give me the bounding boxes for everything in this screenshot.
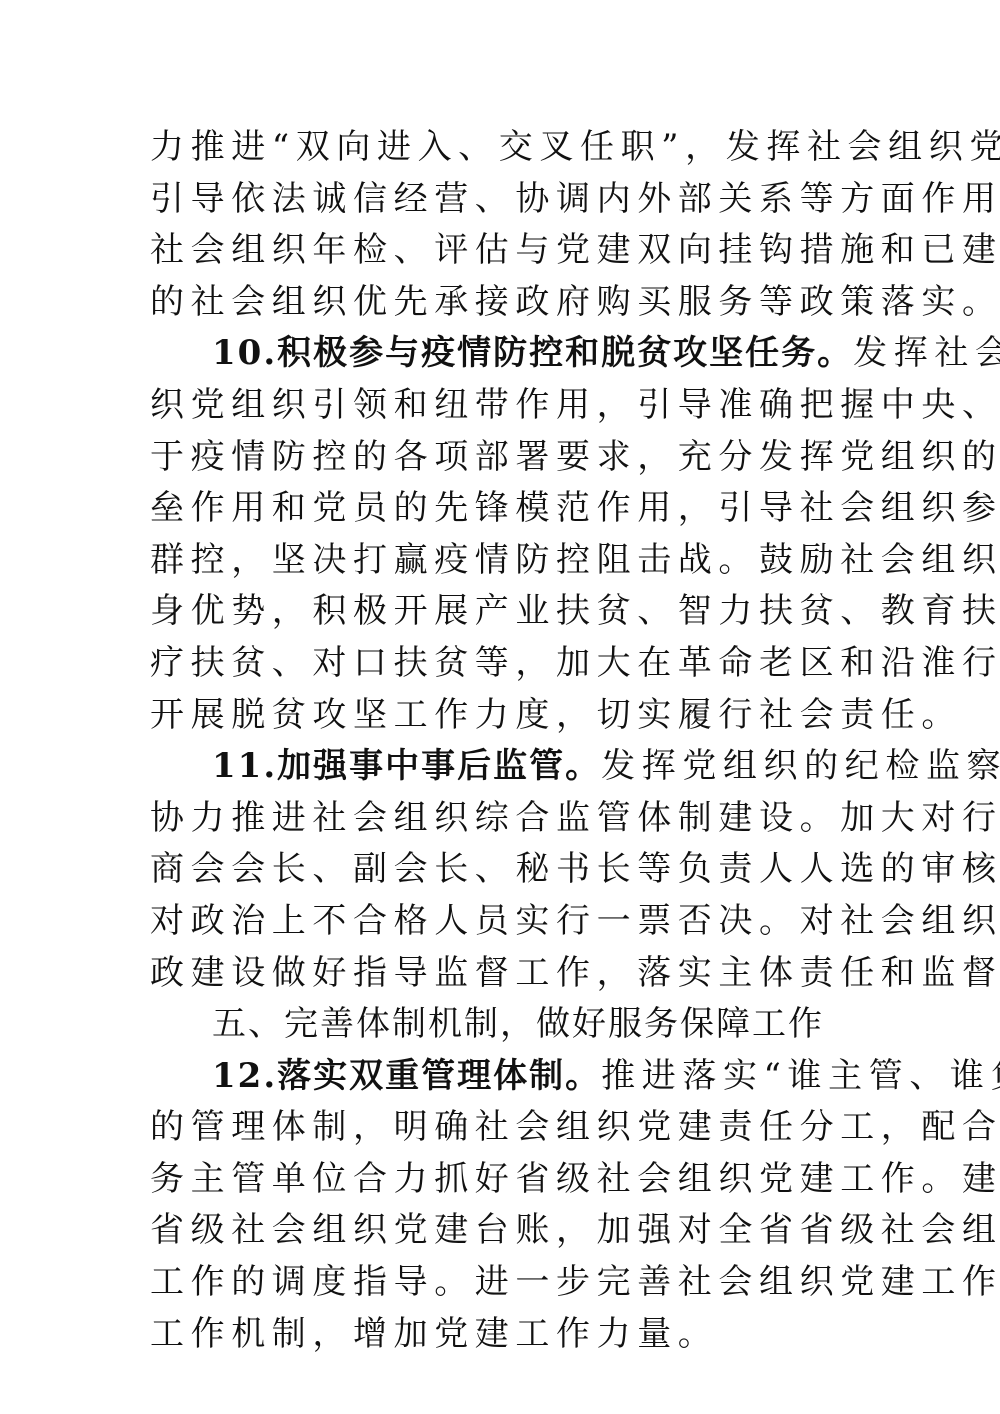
text-line: 疗扶贫、对口扶贫等，加大在革命老区和沿淮行蓄洪区 [150, 638, 870, 690]
text-line: 协力推进社会组织综合监管体制建设。加大对行业协会 [150, 793, 870, 845]
text-line: 政建设做好指导监督工作，落实主体责任和监督责任。 [150, 948, 870, 1000]
text-line: 织党组织引领和纽带作用，引导准确把握中央、省委关 [150, 380, 870, 432]
text-line: 力推进“双向进入、交叉任职”，发挥社会组织党组织在 [150, 122, 870, 174]
item-lead-rest: 推进落实“谁主管、谁负责” [601, 1056, 1000, 1096]
text-line: 工作的调度指导。进一步完善社会组织党建工作办公室 [150, 1257, 870, 1309]
text-line: 开展脱贫攻坚工作力度，切实履行社会责任。 [150, 690, 870, 742]
text-line: 垒作用和党员的先锋模范作用，引导社会组织参与群防 [150, 483, 870, 535]
paragraph-item-12: 12.落实双重管理体制。推进落实“谁主管、谁负责” 的管理体制，明确社会组织党建… [150, 1051, 870, 1361]
text-line-first: 12.落实双重管理体制。推进落实“谁主管、谁负责” [150, 1051, 870, 1103]
text-line: 商会会长、副会长、秘书长等负责人人选的审核把关， [150, 844, 870, 896]
text-line-first: 10.积极参与疫情防控和脱贫攻坚任务。发挥社会组 [150, 328, 870, 380]
text-line: 社会组织年检、评估与党建双向挂钩措施和已建党组织 [150, 225, 870, 277]
text-line: 于疫情防控的各项部署要求，充分发挥党组织的战斗堡 [150, 432, 870, 484]
paragraph-item-10: 10.积极参与疫情防控和脱贫攻坚任务。发挥社会组 织党组织引领和纽带作用，引导准… [150, 328, 870, 741]
text-line-first: 11.加强事中事后监管。发挥党组织的纪检监察作用， [150, 741, 870, 793]
paragraph-item-11: 11.加强事中事后监管。发挥党组织的纪检监察作用， 协力推进社会组织综合监管体制… [150, 741, 870, 999]
text-line: 群控，坚决打赢疫情防控阻击战。鼓励社会组织发挥自 [150, 535, 870, 587]
text-line: 省级社会组织党建台账，加强对全省省级社会组织党建 [150, 1205, 870, 1257]
item-lead-rest: 发挥社会组 [853, 333, 1000, 373]
text-line: 对政治上不合格人员实行一票否决。对社会组织党风廉 [150, 896, 870, 948]
item-lead-rest: 发挥党组织的纪检监察作用， [601, 746, 1000, 786]
text-line: 工作机制，增加党建工作力量。 [150, 1309, 870, 1361]
section-heading: 五、完善体制机制，做好服务保障工作 [150, 999, 870, 1051]
paragraph-continuation: 力推进“双向进入、交叉任职”，发挥社会组织党组织在 引导依法诚信经营、协调内外部… [150, 122, 870, 328]
document-body: 力推进“双向进入、交叉任职”，发挥社会组织党组织在 引导依法诚信经营、协调内外部… [150, 122, 870, 1360]
item-lead-heading: 11.加强事中事后监管。 [212, 746, 601, 786]
text-line: 身优势，积极开展产业扶贫、智力扶贫、教育扶贫、医 [150, 586, 870, 638]
text-line: 务主管单位合力抓好省级社会组织党建工作。建立完善 [150, 1154, 870, 1206]
text-line: 引导依法诚信经营、协调内外部关系等方面作用。推动 [150, 174, 870, 226]
item-lead-heading: 12.落实双重管理体制。 [212, 1056, 601, 1096]
text-line: 的管理体制，明确社会组织党建责任分工，配合省直业 [150, 1102, 870, 1154]
document-page: 力推进“双向进入、交叉任职”，发挥社会组织党组织在 引导依法诚信经营、协调内外部… [0, 0, 1000, 1414]
item-lead-heading: 10.积极参与疫情防控和脱贫攻坚任务。 [212, 333, 853, 373]
text-line: 的社会组织优先承接政府购买服务等政策落实。 [150, 277, 870, 329]
